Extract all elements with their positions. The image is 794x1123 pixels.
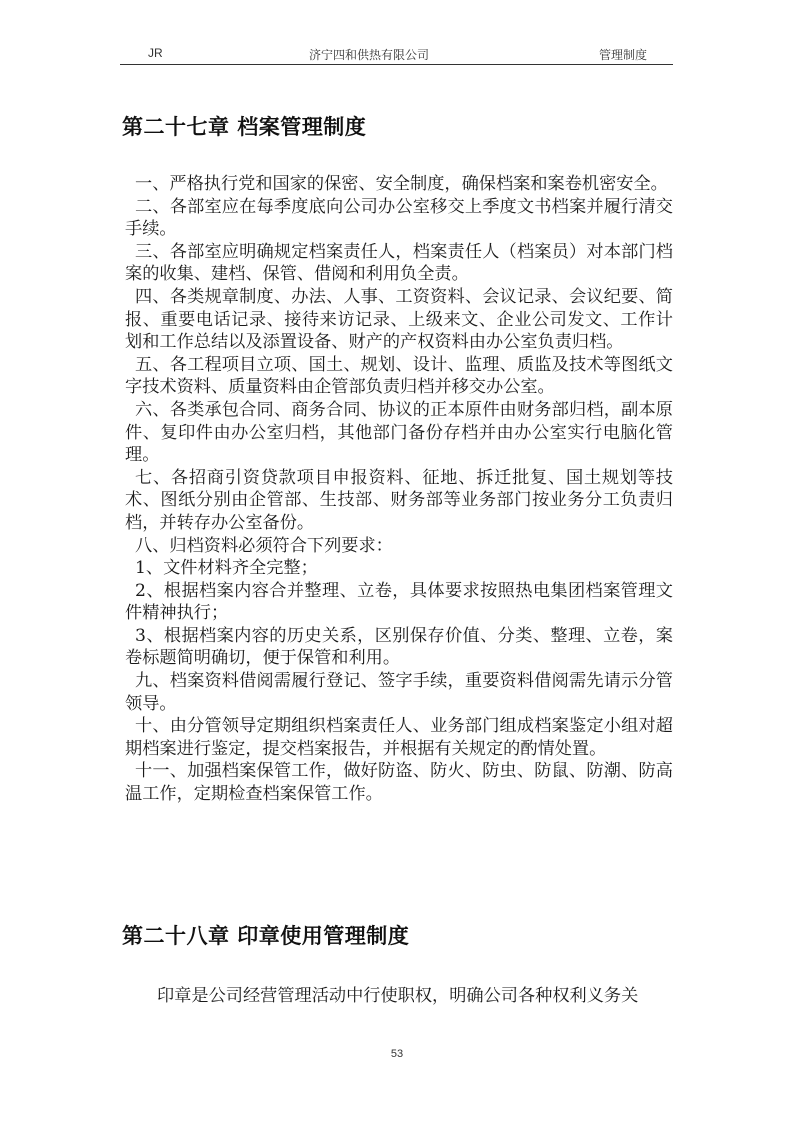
chapter-27-body: 一、严格执行党和国家的保密、安全制度，确保档案和案卷机密安全。 二、各部室应在每… xyxy=(125,173,673,806)
chapter-28-body: 印章是公司经营管理活动中行使职权，明确公司各种权利义务关 xyxy=(125,985,673,1008)
paragraph: 九、档案资料借阅需履行登记、签字手续，重要资料借阅需先请示分管领导。 xyxy=(125,670,673,715)
paragraph: 二、各部室应在每季度底向公司办公室移交上季度文书档案并履行清交手续。 xyxy=(125,196,673,241)
paragraph: 七、各招商引资贷款项目申报资料、征地、拆迁批复、国土规划等技术、图纸分别由企管部… xyxy=(125,467,673,535)
paragraph: 八、归档资料必须符合下列要求： xyxy=(125,535,673,558)
list-item: 1、文件材料齐全完整； xyxy=(125,557,673,580)
paragraph: 五、各工程项目立项、国土、规划、设计、监理、质监及技术等图纸文字技术资料、质量资… xyxy=(125,354,673,399)
page-header: JR 济宁四和供热有限公司 管理制度 xyxy=(120,44,673,65)
chapter-28-title: 第二十八章 印章使用管理制度 xyxy=(122,920,409,950)
list-item: 3、根据档案内容的历史关系，区别保存价值、分类、整理、立卷，案卷标题简明确切，便… xyxy=(125,625,673,670)
header-company-name: 济宁四和供热有限公司 xyxy=(309,46,489,63)
paragraph: 一、严格执行党和国家的保密、安全制度，确保档案和案卷机密安全。 xyxy=(125,173,673,196)
paragraph: 十一、加强档案保管工作，做好防盗、防火、防虫、防鼠、防潮、防高温工作，定期检查档… xyxy=(125,760,673,805)
chapter-27-title: 第二十七章 档案管理制度 xyxy=(122,111,366,141)
header-code: JR xyxy=(148,46,163,60)
page-number: 53 xyxy=(0,1048,794,1060)
list-item: 2、根据档案内容合并整理、立卷，具体要求按照热电集团档案管理文件精神执行； xyxy=(125,580,673,625)
header-doc-category: 管理制度 xyxy=(599,46,647,63)
paragraph: 六、各类承包合同、商务合同、协议的正本原件由财务部归档，副本原件、复印件由办公室… xyxy=(125,399,673,467)
paragraph: 十、由分管领导定期组织档案责任人、业务部门组成档案鉴定小组对超期档案进行鉴定，提… xyxy=(125,715,673,760)
paragraph: 四、各类规章制度、办法、人事、工资资料、会议记录、会议纪要、简报、重要电话记录、… xyxy=(125,286,673,354)
paragraph: 三、各部室应明确规定档案责任人，档案责任人（档案员）对本部门档案的收集、建档、保… xyxy=(125,241,673,286)
paragraph: 印章是公司经营管理活动中行使职权，明确公司各种权利义务关 xyxy=(125,985,673,1008)
